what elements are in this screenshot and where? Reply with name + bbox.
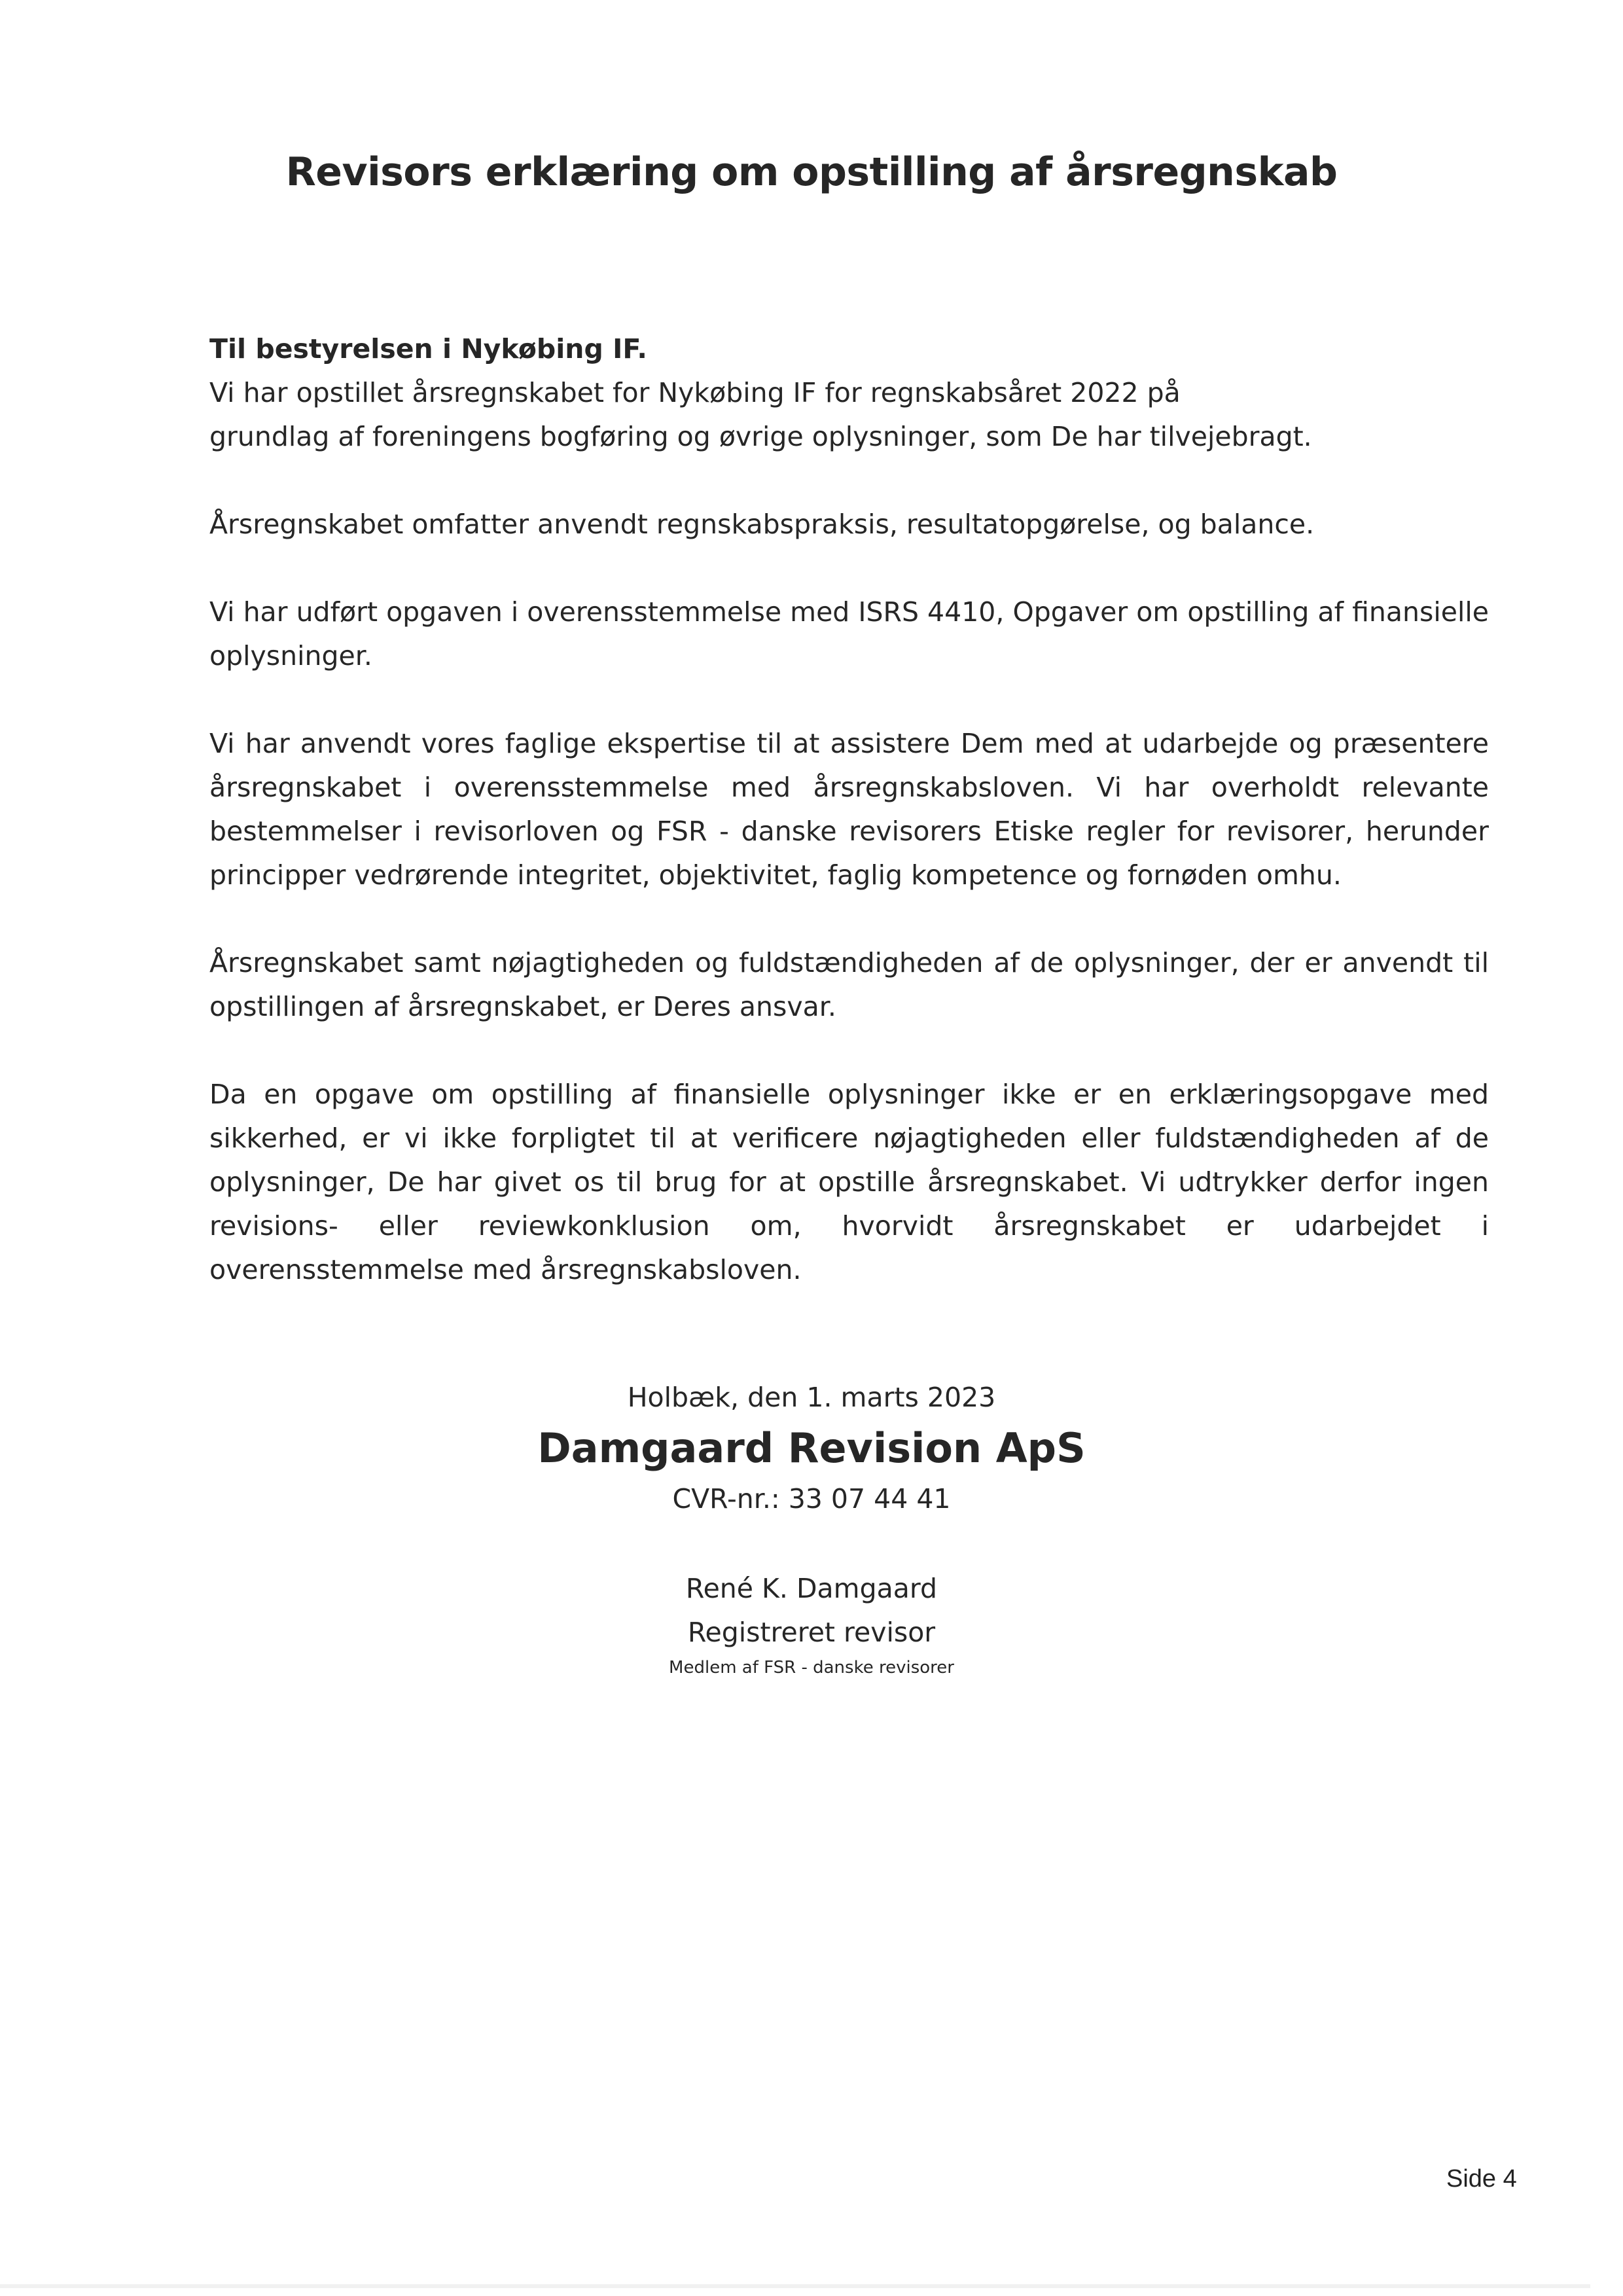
document-page: Revisors erklæring om opstilling af årsr… <box>0 0 1623 2296</box>
page-number: Side 4 <box>1446 2165 1517 2193</box>
signer-name: René K. Damgaard <box>0 1567 1623 1611</box>
membership-note: Medlem af FSR - danske revisorer <box>0 1655 1623 1681</box>
paragraph-scope: Årsregnskabet omfatter anvendt regnskabs… <box>209 503 1489 547</box>
signature-block: Holbæk, den 1. marts 2023 Damgaard Revis… <box>0 1376 1623 1681</box>
intro-line: Vi har opstillet årsregnskabet for Nykøb… <box>209 371 1489 415</box>
intro-line: grundlag af foreningens bogføring og øvr… <box>209 415 1489 459</box>
document-title: Revisors erklæring om opstilling af årsr… <box>0 149 1623 195</box>
place-date: Holbæk, den 1. marts 2023 <box>0 1376 1623 1420</box>
signer-role: Registreret revisor <box>0 1611 1623 1655</box>
paragraph-expertise: Vi har anvendt vores faglige ekspertise … <box>209 722 1489 897</box>
cvr-number: CVR-nr.: 33 07 44 41 <box>0 1477 1623 1521</box>
paragraph-responsibility: Årsregnskabet samt nøjagtigheden og fuld… <box>209 941 1489 1029</box>
addressee: Til bestyrelsen i Nykøbing IF. <box>209 327 1489 371</box>
paragraph-standard: Vi har udført opgaven i overensstemmelse… <box>209 590 1489 678</box>
paragraph-conclusion: Da en opgave om opstilling af finansiell… <box>209 1073 1489 1292</box>
scan-edge-divider <box>0 2284 1590 2288</box>
intro-paragraph: Vi har opstillet årsregnskabet for Nykøb… <box>209 371 1489 459</box>
document-body: Til bestyrelsen i Nykøbing IF. Vi har op… <box>209 327 1489 1336</box>
company-name: Damgaard Revision ApS <box>0 1422 1623 1475</box>
